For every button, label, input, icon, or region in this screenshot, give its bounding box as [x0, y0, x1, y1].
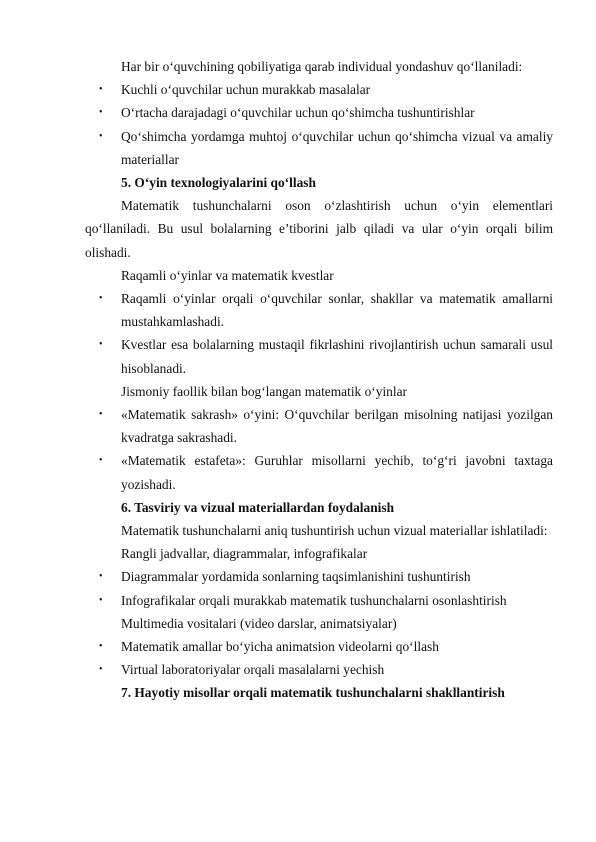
list-item: •Diagrammalar yordamida sonlarning taqsi… — [85, 565, 553, 588]
bullet-icon: • — [99, 658, 103, 681]
bullet-icon: • — [99, 565, 103, 588]
list-item: •O‘rtacha darajadagi o‘quvchilar uchun q… — [85, 101, 553, 124]
list-item: •Infografikalar orqali murakkab matemati… — [85, 589, 553, 612]
subheading: Raqamli o‘yinlar va matematik kvestlar — [85, 264, 553, 287]
body-paragraph: Matematik tushunchalarni oson o‘zlashtir… — [85, 194, 553, 264]
bullet-icon: • — [99, 78, 103, 101]
bullet-icon: • — [99, 333, 103, 356]
bullet-icon: • — [99, 589, 103, 612]
bullet-icon: • — [99, 403, 103, 426]
body-paragraph: Matematik tushunchalarni aniq tushuntiri… — [85, 519, 553, 542]
bullet-icon: • — [99, 635, 103, 658]
list-item: •Matematik amallar bo‘yicha animatsion v… — [85, 635, 553, 658]
list-item: •«Matematik estafeta»: Guruhlar misollar… — [85, 449, 553, 495]
bullet-icon: • — [99, 101, 103, 124]
subheading: Multimedia vositalari (video darslar, an… — [85, 612, 553, 635]
intro-paragraph: Har bir o‘quvchining qobiliyatiga qarab … — [85, 55, 553, 78]
document-page: Har bir o‘quvchining qobiliyatiga qarab … — [85, 55, 553, 705]
list-item: •Virtual laboratoriyalar orqali masalala… — [85, 658, 553, 681]
bullet-icon: • — [99, 449, 103, 472]
list-item: •Raqamli o‘yinlar orqali o‘quvchilar son… — [85, 287, 553, 333]
list-item: •«Matematik sakrash» o‘yini: O‘quvchilar… — [85, 403, 553, 449]
bullet-icon: • — [99, 287, 103, 310]
bullet-icon: • — [99, 125, 103, 148]
section-heading-6: 6. Tasviriy va vizual materiallardan foy… — [85, 496, 553, 519]
subheading: Jismoniy faollik bilan bog‘langan matema… — [85, 380, 553, 403]
list-item: •Qo‘shimcha yordamga muhtoj o‘quvchilar … — [85, 125, 553, 171]
section-heading-5: 5. O‘yin texnologiyalarini qo‘llash — [85, 171, 553, 194]
list-item: •Kuchli o‘quvchilar uchun murakkab masal… — [85, 78, 553, 101]
section-heading-7: 7. Hayotiy misollar orqali matematik tus… — [85, 681, 553, 704]
subheading: Rangli jadvallar, diagrammalar, infograf… — [85, 542, 553, 565]
list-item: •Kvestlar esa bolalarning mustaqil fikrl… — [85, 333, 553, 379]
